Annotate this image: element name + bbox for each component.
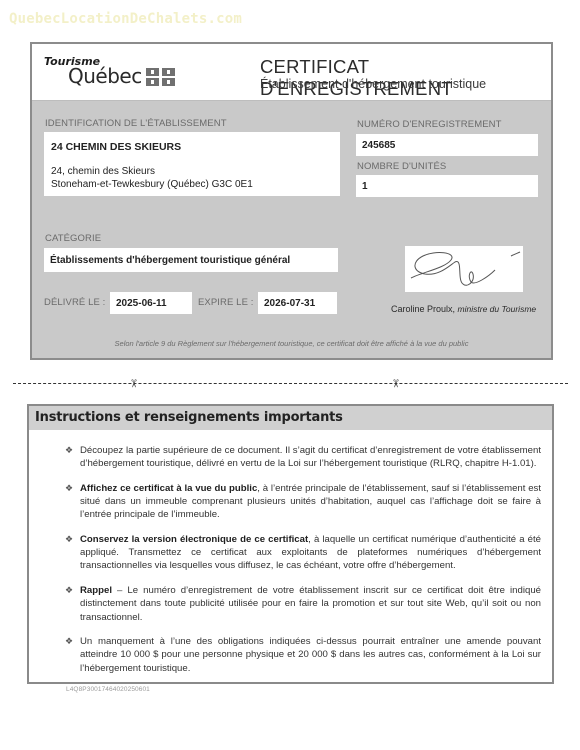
identification-label: IDENTIFICATION DE L'ÉTABLISSEMENT — [45, 118, 227, 129]
list-item: ❖ Rappel – Le numéro d’enregistrement de… — [65, 584, 541, 624]
logo-quebec-text: Québec — [68, 64, 142, 88]
signature-box — [405, 246, 523, 292]
registration-number-box: 245685 — [356, 134, 538, 156]
list-item: ❖ Un manquement à l’une des obligations … — [65, 635, 541, 675]
identification-box: 24 CHEMIN DES SKIEURS 24, chemin des Ski… — [44, 132, 340, 196]
signature-icon — [405, 246, 523, 292]
instructions-title: Instructions et renseignements important… — [35, 410, 343, 425]
list-item: ❖ Affichez ce certificat à la vue du pub… — [65, 482, 541, 522]
list-item: ❖ Conservez la version électronique de c… — [65, 533, 541, 573]
address-line-2: Stoneham-et-Tewkesbury (Québec) G3C 0E1 — [51, 179, 253, 190]
registration-number-label: NUMÉRO D'ENREGISTREMENT — [357, 119, 502, 130]
fleur-de-lis-flag-icon — [146, 68, 176, 86]
certificate-header: Tourisme Québec CERTIFICAT D'ENREGISTREM… — [32, 44, 551, 101]
diamond-bullet-icon: ❖ — [65, 533, 73, 546]
instructions-list: ❖ Découpez la partie supérieure de ce do… — [65, 444, 541, 686]
signature-caption: Caroline Proulx, ministre du Tourisme — [391, 304, 536, 314]
instructions-header: Instructions et renseignements important… — [29, 406, 552, 430]
cut-line — [13, 383, 568, 384]
diamond-bullet-icon: ❖ — [65, 584, 73, 597]
scissors-icon: ✂ — [127, 379, 138, 388]
units-label: NOMBRE D'UNITÉS — [357, 161, 446, 172]
scissors-icon: ✂ — [389, 379, 400, 388]
issued-label: DÉLIVRÉ LE : — [44, 297, 105, 308]
certificate-subtitle: Établissement d'hébergement touristique — [260, 77, 486, 91]
signatory-name: Caroline Proulx, — [391, 304, 455, 314]
registration-number-value: 245685 — [362, 140, 395, 151]
watermark: QuebecLocationDeChalets.com — [9, 11, 242, 27]
instructions-panel: Instructions et renseignements important… — [27, 404, 554, 684]
issued-date: 2025-06-11 — [116, 298, 167, 309]
establishment-name: 24 CHEMIN DES SKIEURS — [51, 141, 181, 153]
signatory-title: ministre du Tourisme — [458, 304, 537, 314]
diamond-bullet-icon: ❖ — [65, 444, 73, 457]
expires-box: 2026-07-31 — [258, 292, 337, 314]
category-label: CATÉGORIE — [45, 233, 101, 244]
expires-date: 2026-07-31 — [264, 298, 315, 309]
registration-certificate: Tourisme Québec CERTIFICAT D'ENREGISTREM… — [30, 42, 553, 360]
list-item: ❖ Découpez la partie supérieure de ce do… — [65, 444, 541, 470]
diamond-bullet-icon: ❖ — [65, 482, 73, 495]
category-value: Établissements d'hébergement touristique… — [50, 255, 290, 266]
address-line-1: 24, chemin des Skieurs — [51, 166, 155, 177]
category-box: Établissements d'hébergement touristique… — [44, 248, 338, 272]
display-requirement-note: Selon l'article 9 du Règlement sur l'héb… — [32, 339, 551, 348]
units-value: 1 — [362, 181, 368, 192]
diamond-bullet-icon: ❖ — [65, 635, 73, 648]
document-code: L4Q8P30017464020250601 — [66, 686, 150, 693]
issued-box: 2025-06-11 — [110, 292, 192, 314]
units-box: 1 — [356, 175, 538, 197]
expires-label: EXPIRE LE : — [198, 297, 253, 308]
